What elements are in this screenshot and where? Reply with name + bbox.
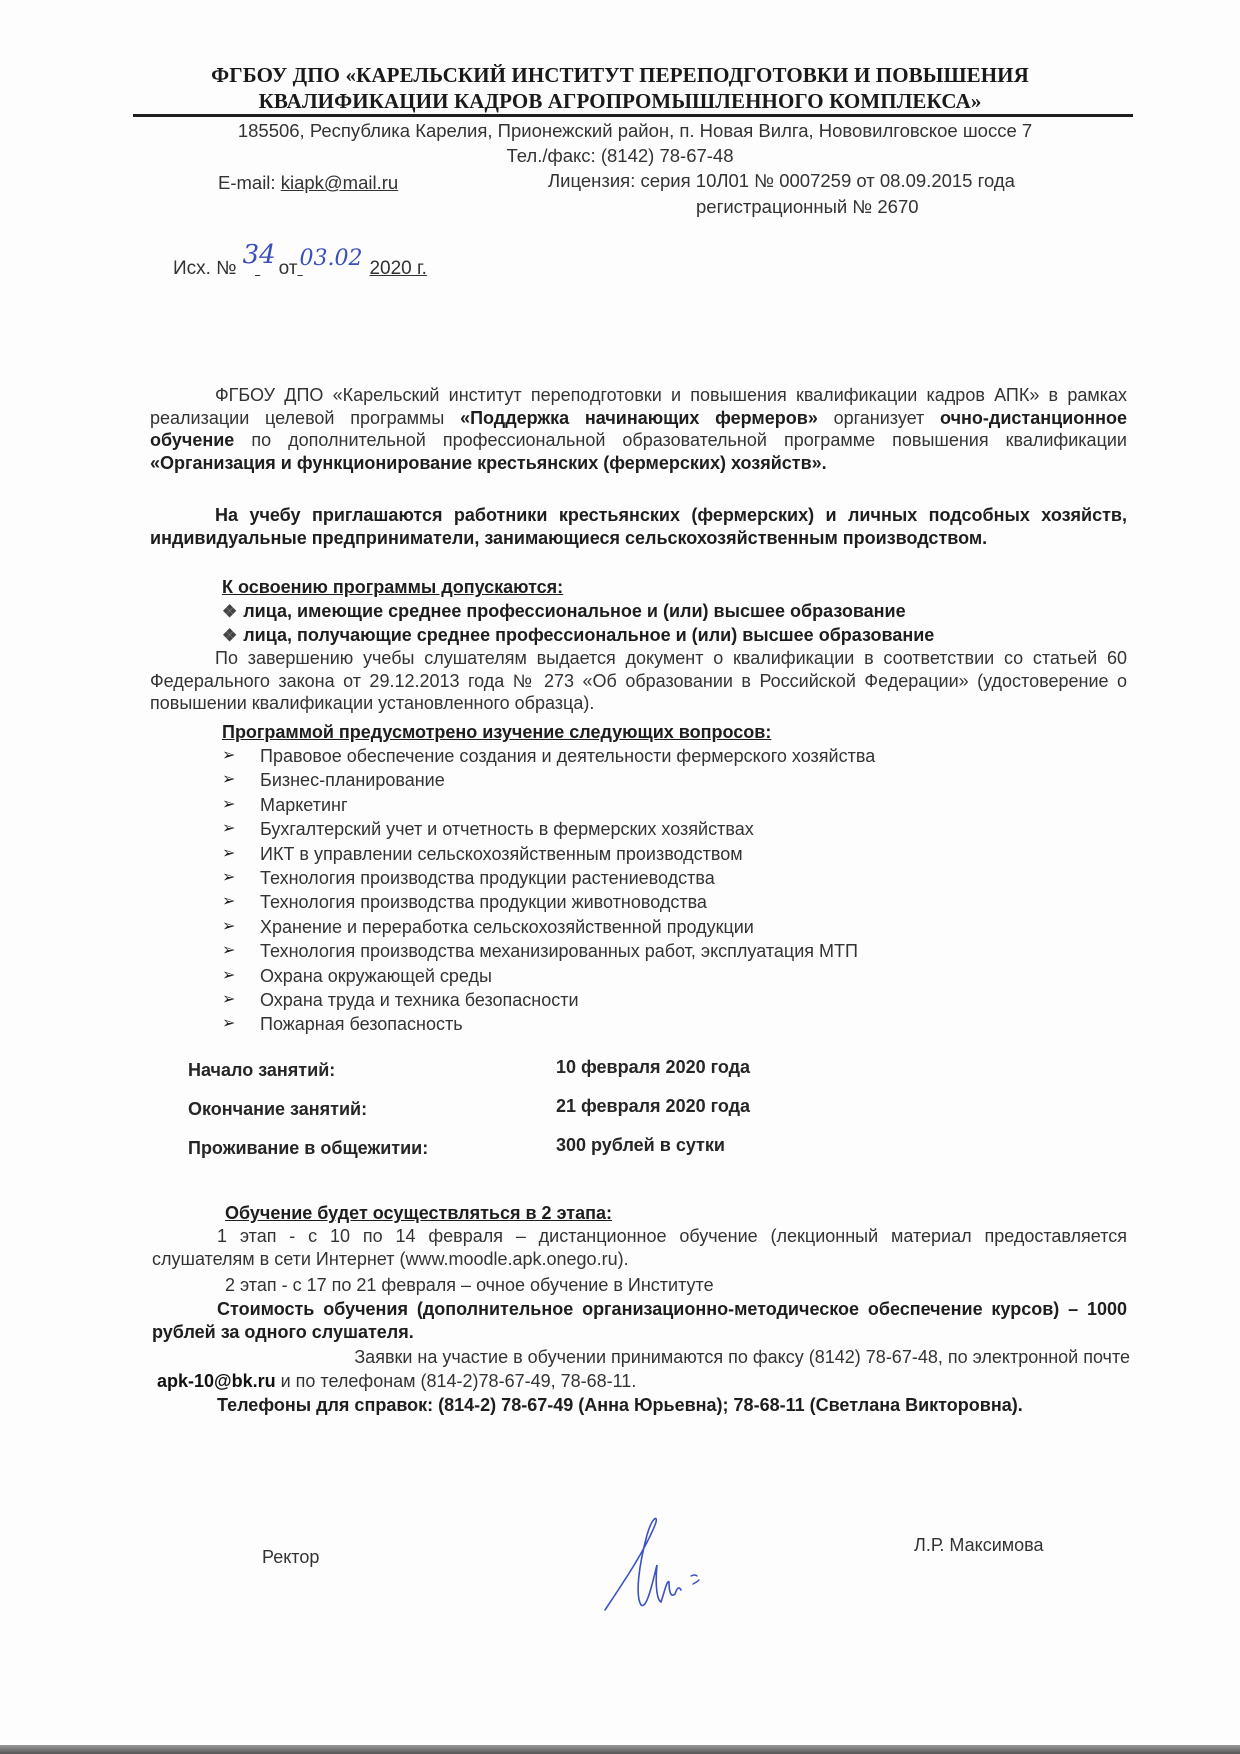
stage1-paragraph: 1 этап - с 10 по 14 февраля – дистанцион… bbox=[152, 1225, 1127, 1270]
topic-text: Правовое обеспечение создания и деятельн… bbox=[260, 746, 875, 766]
topic-item: ➢Технология производства продукции живот… bbox=[222, 890, 1122, 914]
admission-heading: К освоению программы допускаются: bbox=[222, 576, 563, 599]
scan-edge bbox=[0, 1745, 1240, 1754]
program-heading: Программой предусмотрено изучение следую… bbox=[222, 721, 771, 744]
institute-title-line2: КВАЛИФИКАЦИИ КАДРОВ АГРОПРОМЫШЛЕННОГО КО… bbox=[100, 88, 1140, 114]
diamond-bullet-icon: ❖ bbox=[222, 602, 237, 621]
topic-text: Охрана окружающей среды bbox=[260, 966, 492, 986]
arrow-bullet-icon: ➢ bbox=[222, 866, 235, 890]
email-link[interactable]: kiapk@mail.ru bbox=[281, 172, 398, 193]
outgoing-number-line: Исх. №34 от03.02 2020 г. bbox=[173, 258, 427, 280]
intro-text-3: по дополнительной профессиональной образ… bbox=[234, 430, 1127, 450]
schedule-value-end: 21 февраля 2020 года bbox=[556, 1096, 750, 1117]
outgoing-year: 2020 г. bbox=[369, 258, 426, 279]
arrow-bullet-icon: ➢ bbox=[222, 939, 235, 963]
arrow-bullet-icon: ➢ bbox=[222, 817, 235, 841]
license-info: Лицензия: серия 10Л01 № 0007259 от 08.09… bbox=[548, 170, 1015, 192]
topic-item: ➢Маркетинг bbox=[222, 793, 1122, 817]
arrow-bullet-icon: ➢ bbox=[222, 842, 235, 866]
schedule-value-housing: 300 рублей в сутки bbox=[556, 1135, 725, 1156]
applications-line1: Заявки на участие в обучении принимаются… bbox=[225, 1346, 1130, 1369]
topic-item: ➢ИКТ в управлении сельскохозяйственным п… bbox=[222, 842, 1122, 866]
invitation-paragraph: На учебу приглашаются работники крестьян… bbox=[150, 504, 1127, 549]
topic-item: ➢Хранение и переработка сельскохозяйстве… bbox=[222, 915, 1122, 939]
email-label: E-mail: bbox=[218, 172, 281, 193]
email-line: E-mail: kiapk@mail.ru bbox=[218, 172, 398, 194]
outgoing-date-field: 03.02 bbox=[297, 258, 369, 280]
topic-text: Технология производства продукции растен… bbox=[260, 868, 715, 888]
signature-icon bbox=[595, 1510, 725, 1620]
topic-item: ➢Технология производства продукции расте… bbox=[222, 866, 1122, 890]
topic-text: Охрана труда и техника безопасности bbox=[260, 990, 579, 1010]
stages-heading: Обучение будет осуществляться в 2 этапа: bbox=[225, 1202, 612, 1225]
schedule-label-housing: Проживание в общежитии: bbox=[188, 1138, 428, 1159]
stage2-line: 2 этап - с 17 по 21 февраля – очное обуч… bbox=[225, 1274, 714, 1297]
arrow-bullet-icon: ➢ bbox=[222, 793, 235, 817]
intro-text-2: организует bbox=[818, 408, 940, 428]
topic-text: ИКТ в управлении сельскохозяйственным пр… bbox=[260, 844, 743, 864]
header-divider bbox=[133, 114, 1133, 117]
topic-text: Пожарная безопасность bbox=[260, 1014, 463, 1034]
topic-text: Технология производства механизированных… bbox=[260, 941, 858, 961]
topic-item: ➢Бухгалтерский учет и отчетность в ферме… bbox=[222, 817, 1122, 841]
applications-email[interactable]: apk-10@bk.ru bbox=[157, 1371, 276, 1391]
signatory-position: Ректор bbox=[262, 1546, 319, 1569]
institute-title-line1: ФГБОУ ДПО «КАРЕЛЬСКИЙ ИНСТИТУТ ПЕРЕПОДГО… bbox=[100, 62, 1140, 88]
registration-number: регистрационный № 2670 bbox=[696, 196, 919, 218]
arrow-bullet-icon: ➢ bbox=[222, 988, 235, 1012]
contacts-paragraph: Телефоны для справок: (814-2) 78-67-49 (… bbox=[152, 1394, 1129, 1417]
completion-paragraph: По завершению учебы слушателям выдается … bbox=[150, 647, 1127, 715]
course-name: «Организация и функционирование крестьян… bbox=[150, 453, 827, 473]
arrow-bullet-icon: ➢ bbox=[222, 1012, 235, 1036]
diamond-bullet-icon: ❖ bbox=[222, 626, 237, 645]
admission-item-text: лица, получающие среднее профессионально… bbox=[243, 625, 934, 645]
program-name: «Поддержка начинающих фермеров» bbox=[460, 408, 818, 428]
topic-item: ➢Правовое обеспечение создания и деятель… bbox=[222, 744, 1122, 768]
applications-line2: apk-10@bk.ru и по телефонам (814-2)78-67… bbox=[157, 1370, 636, 1393]
arrow-bullet-icon: ➢ bbox=[222, 744, 235, 768]
applications-phones: и по телефонам (814-2)78-67-49, 78-68-11… bbox=[276, 1371, 637, 1391]
arrow-bullet-icon: ➢ bbox=[222, 915, 235, 939]
topic-text: Хранение и переработка сельскохозяйствен… bbox=[260, 917, 754, 937]
admission-item: ❖лица, имеющие среднее профессиональное … bbox=[222, 600, 906, 624]
topic-text: Маркетинг bbox=[260, 795, 348, 815]
institute-address: 185506, Республика Карелия, Прионежский … bbox=[140, 120, 1130, 142]
topic-item: ➢Бизнес-планирование bbox=[222, 768, 1122, 792]
topic-item: ➢Пожарная безопасность bbox=[222, 1012, 1122, 1036]
outgoing-number-field: 34 bbox=[237, 258, 279, 280]
outgoing-prefix: Исх. № bbox=[173, 258, 237, 279]
topic-item: ➢Охрана труда и техника безопасности bbox=[222, 988, 1122, 1012]
admission-item: ❖лица, получающие среднее профессиональн… bbox=[222, 624, 934, 648]
outgoing-date-handwritten: 03.02 bbox=[299, 248, 362, 270]
institute-phone-fax: Тел./факс: (8142) 78-67-48 bbox=[100, 145, 1140, 167]
schedule-value-start: 10 февраля 2020 года bbox=[556, 1057, 750, 1078]
topic-text: Бизнес-планирование bbox=[260, 770, 445, 790]
topics-list: ➢Правовое обеспечение создания и деятель… bbox=[222, 744, 1122, 1037]
topic-text: Технология производства продукции животн… bbox=[260, 892, 707, 912]
arrow-bullet-icon: ➢ bbox=[222, 768, 235, 792]
cost-paragraph: Стоимость обучения (дополнительное орган… bbox=[152, 1298, 1127, 1343]
schedule-label-end: Окончание занятий: bbox=[188, 1099, 367, 1120]
arrow-bullet-icon: ➢ bbox=[222, 964, 235, 988]
topic-text: Бухгалтерский учет и отчетность в фермер… bbox=[260, 819, 754, 839]
arrow-bullet-icon: ➢ bbox=[222, 890, 235, 914]
intro-paragraph: ФГБОУ ДПО «Карельский институт переподго… bbox=[150, 384, 1127, 474]
signatory-name: Л.Р. Максимова bbox=[914, 1534, 1044, 1557]
outgoing-from: от bbox=[279, 258, 298, 279]
outgoing-number-handwritten: 34 bbox=[243, 244, 276, 266]
admission-item-text: лица, имеющие среднее профессиональное и… bbox=[243, 601, 905, 621]
schedule-label-start: Начало занятий: bbox=[188, 1060, 335, 1081]
topic-item: ➢Технология производства механизированны… bbox=[222, 939, 1122, 963]
topic-item: ➢Охрана окружающей среды bbox=[222, 964, 1122, 988]
